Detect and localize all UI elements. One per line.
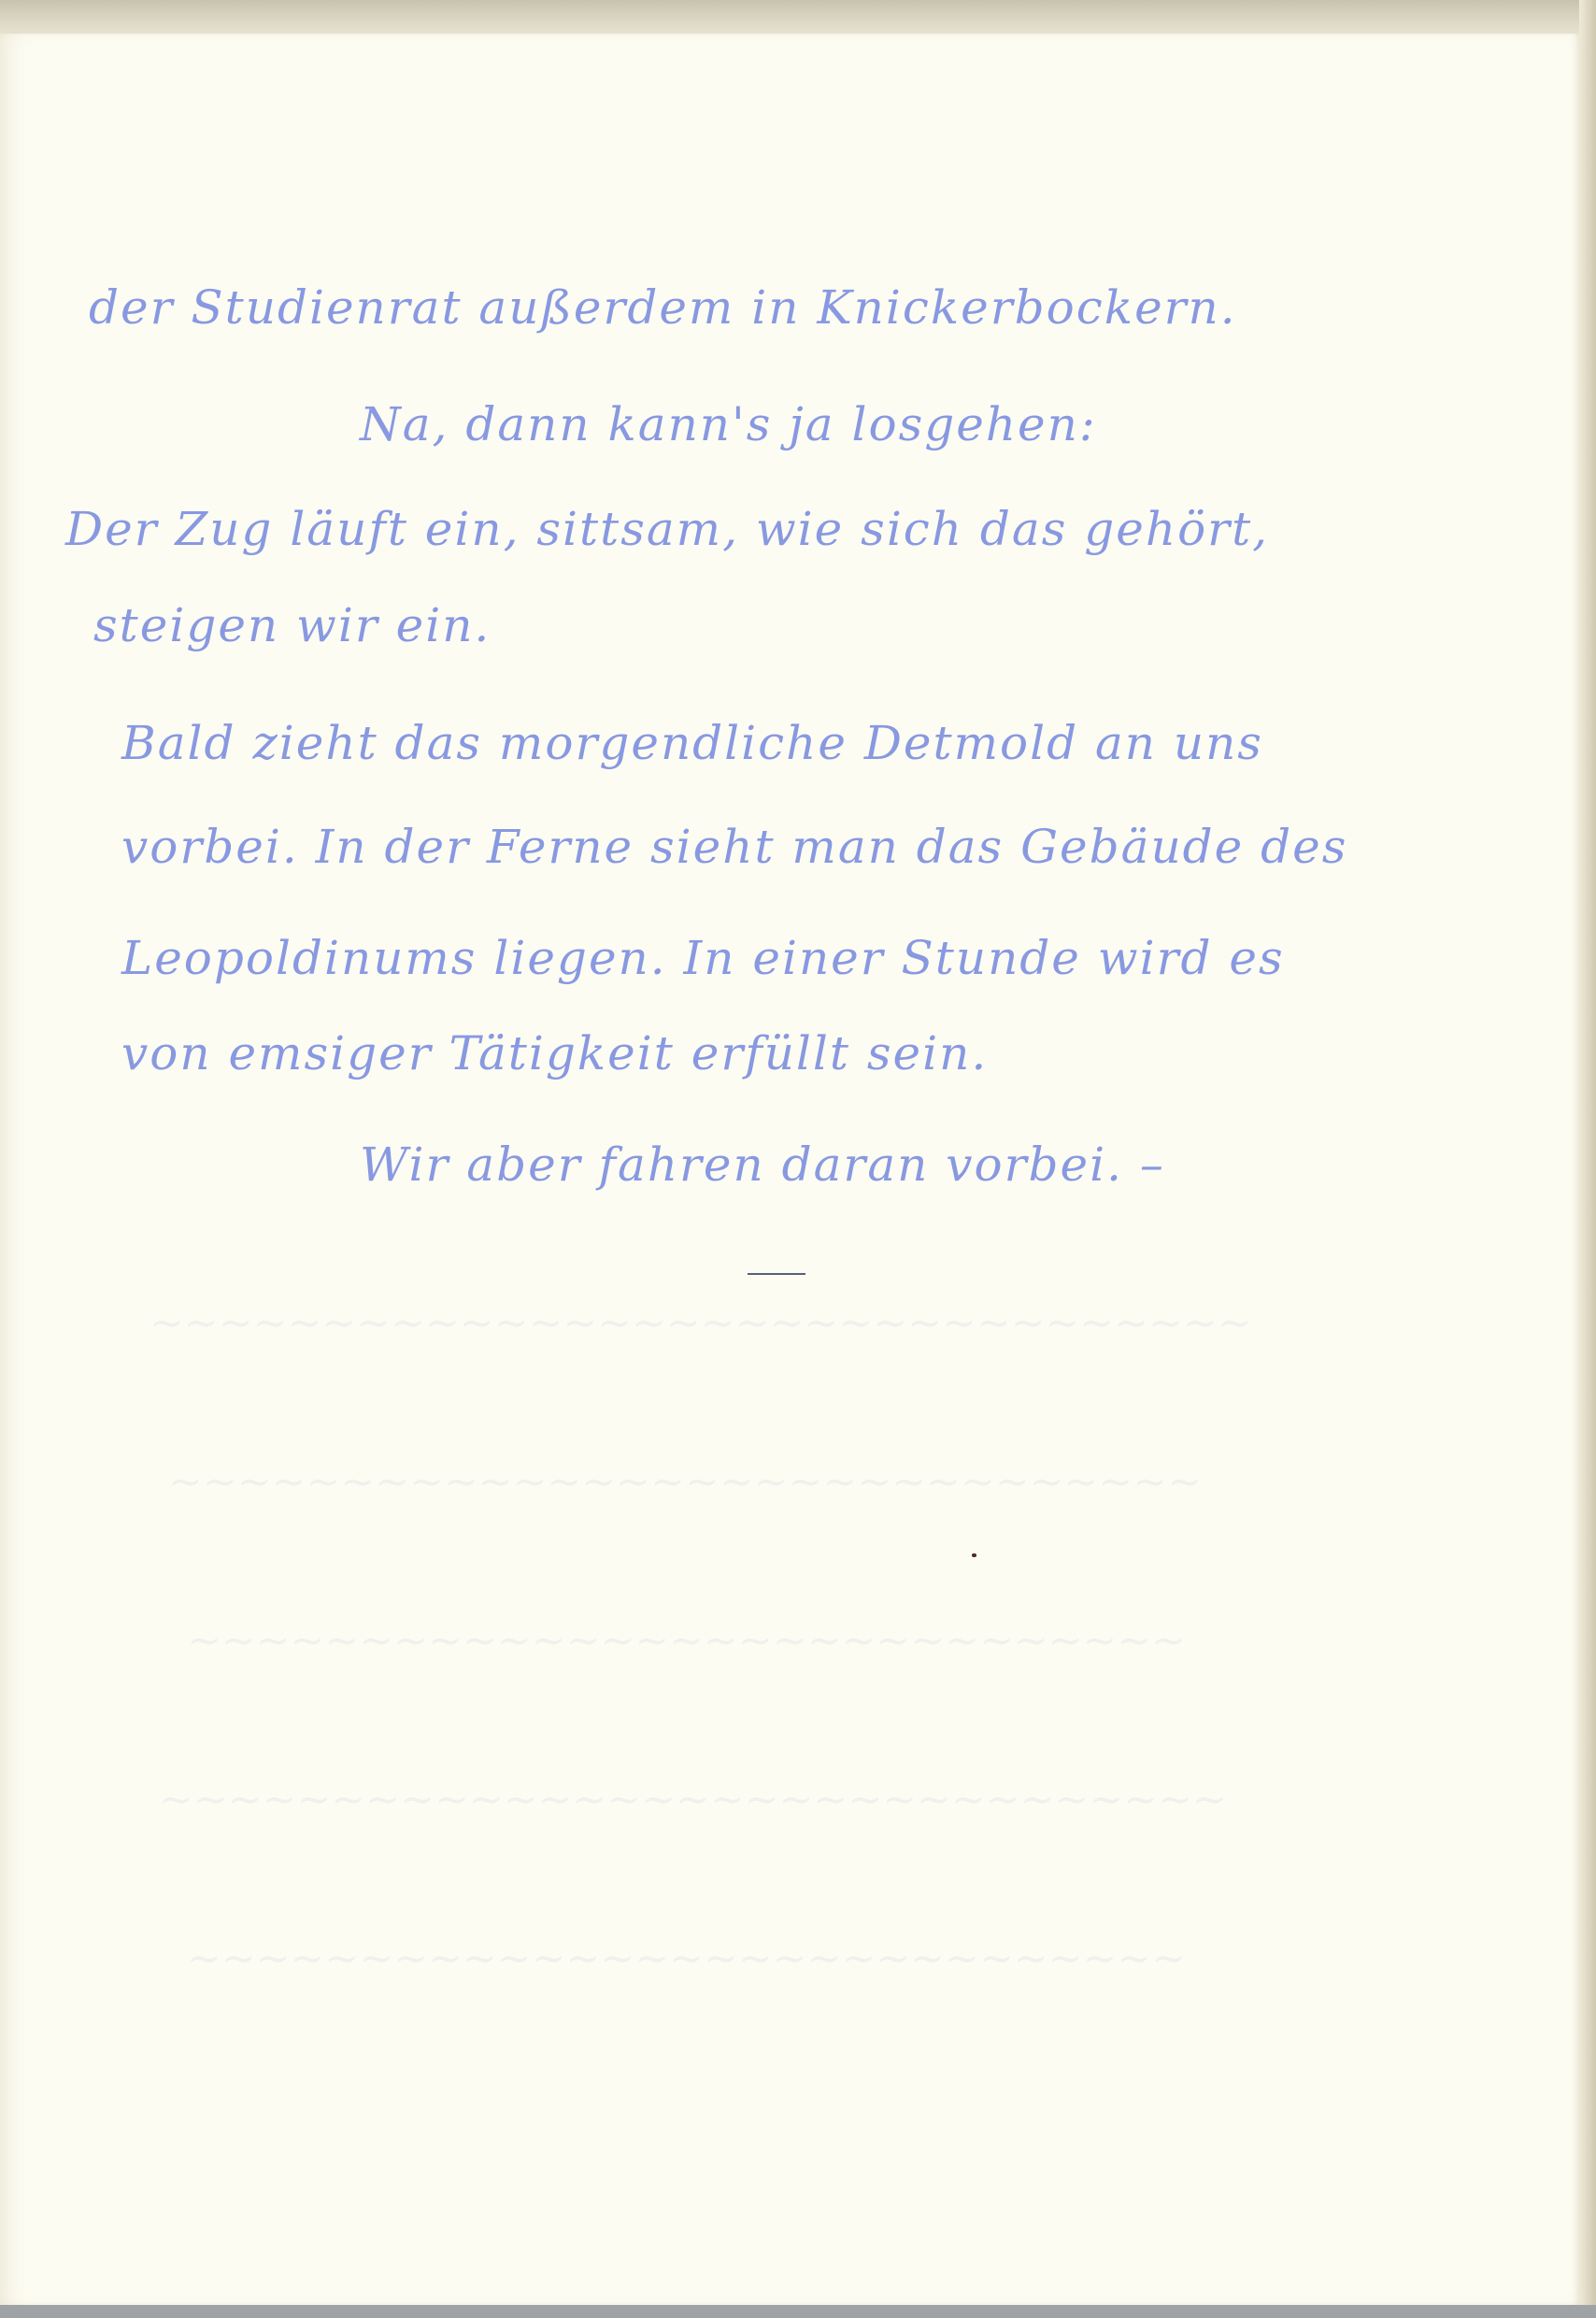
bleed-through-text: ~~~~~~~~~~~~~~~~~~~~~~~~~~~~~ — [187, 1935, 1186, 1982]
handwritten-line-2: Na, dann kann's ja losgehen: — [360, 397, 1097, 451]
handwritten-line-9: Wir aber fahren daran vorbei. – — [360, 1138, 1165, 1192]
bleed-through-text: ~~~~~~~~~~~~~~~~~~~~~~~~~~~~~ — [187, 1617, 1186, 1665]
page-top-edge — [0, 0, 1596, 36]
handwritten-line-5: Bald zieht das morgendliche Detmold an u… — [121, 716, 1263, 770]
handwritten-line-3: Der Zug läuft ein, sittsam, wie sich das… — [65, 502, 1269, 556]
section-end-dash — [748, 1273, 805, 1275]
handwritten-line-1: der Studienrat außerdem in Knickerbocker… — [89, 280, 1237, 335]
handwritten-line-8: von emsiger Tätigkeit erfüllt sein. — [121, 1026, 988, 1080]
page-bottom-edge — [0, 2305, 1596, 2318]
page-right-edge — [1579, 0, 1596, 2318]
handwritten-line-6: vorbei. In der Ferne sieht man das Gebäu… — [121, 820, 1347, 874]
bleed-through-text: ~~~~~~~~~~~~~~~~~~~~~~~~~~~~~~ — [168, 1458, 1202, 1506]
bleed-through-text: ~~~~~~~~~~~~~~~~~~~~~~~~~~~~~~~~ — [150, 1299, 1252, 1347]
paper-speck — [972, 1553, 976, 1557]
handwritten-line-7: Leopoldinums liegen. In einer Stunde wir… — [121, 931, 1285, 985]
bleed-through-text: ~~~~~~~~~~~~~~~~~~~~~~~~~~~~~~~ — [159, 1776, 1227, 1824]
handwritten-line-4: steigen wir ein. — [93, 598, 491, 652]
